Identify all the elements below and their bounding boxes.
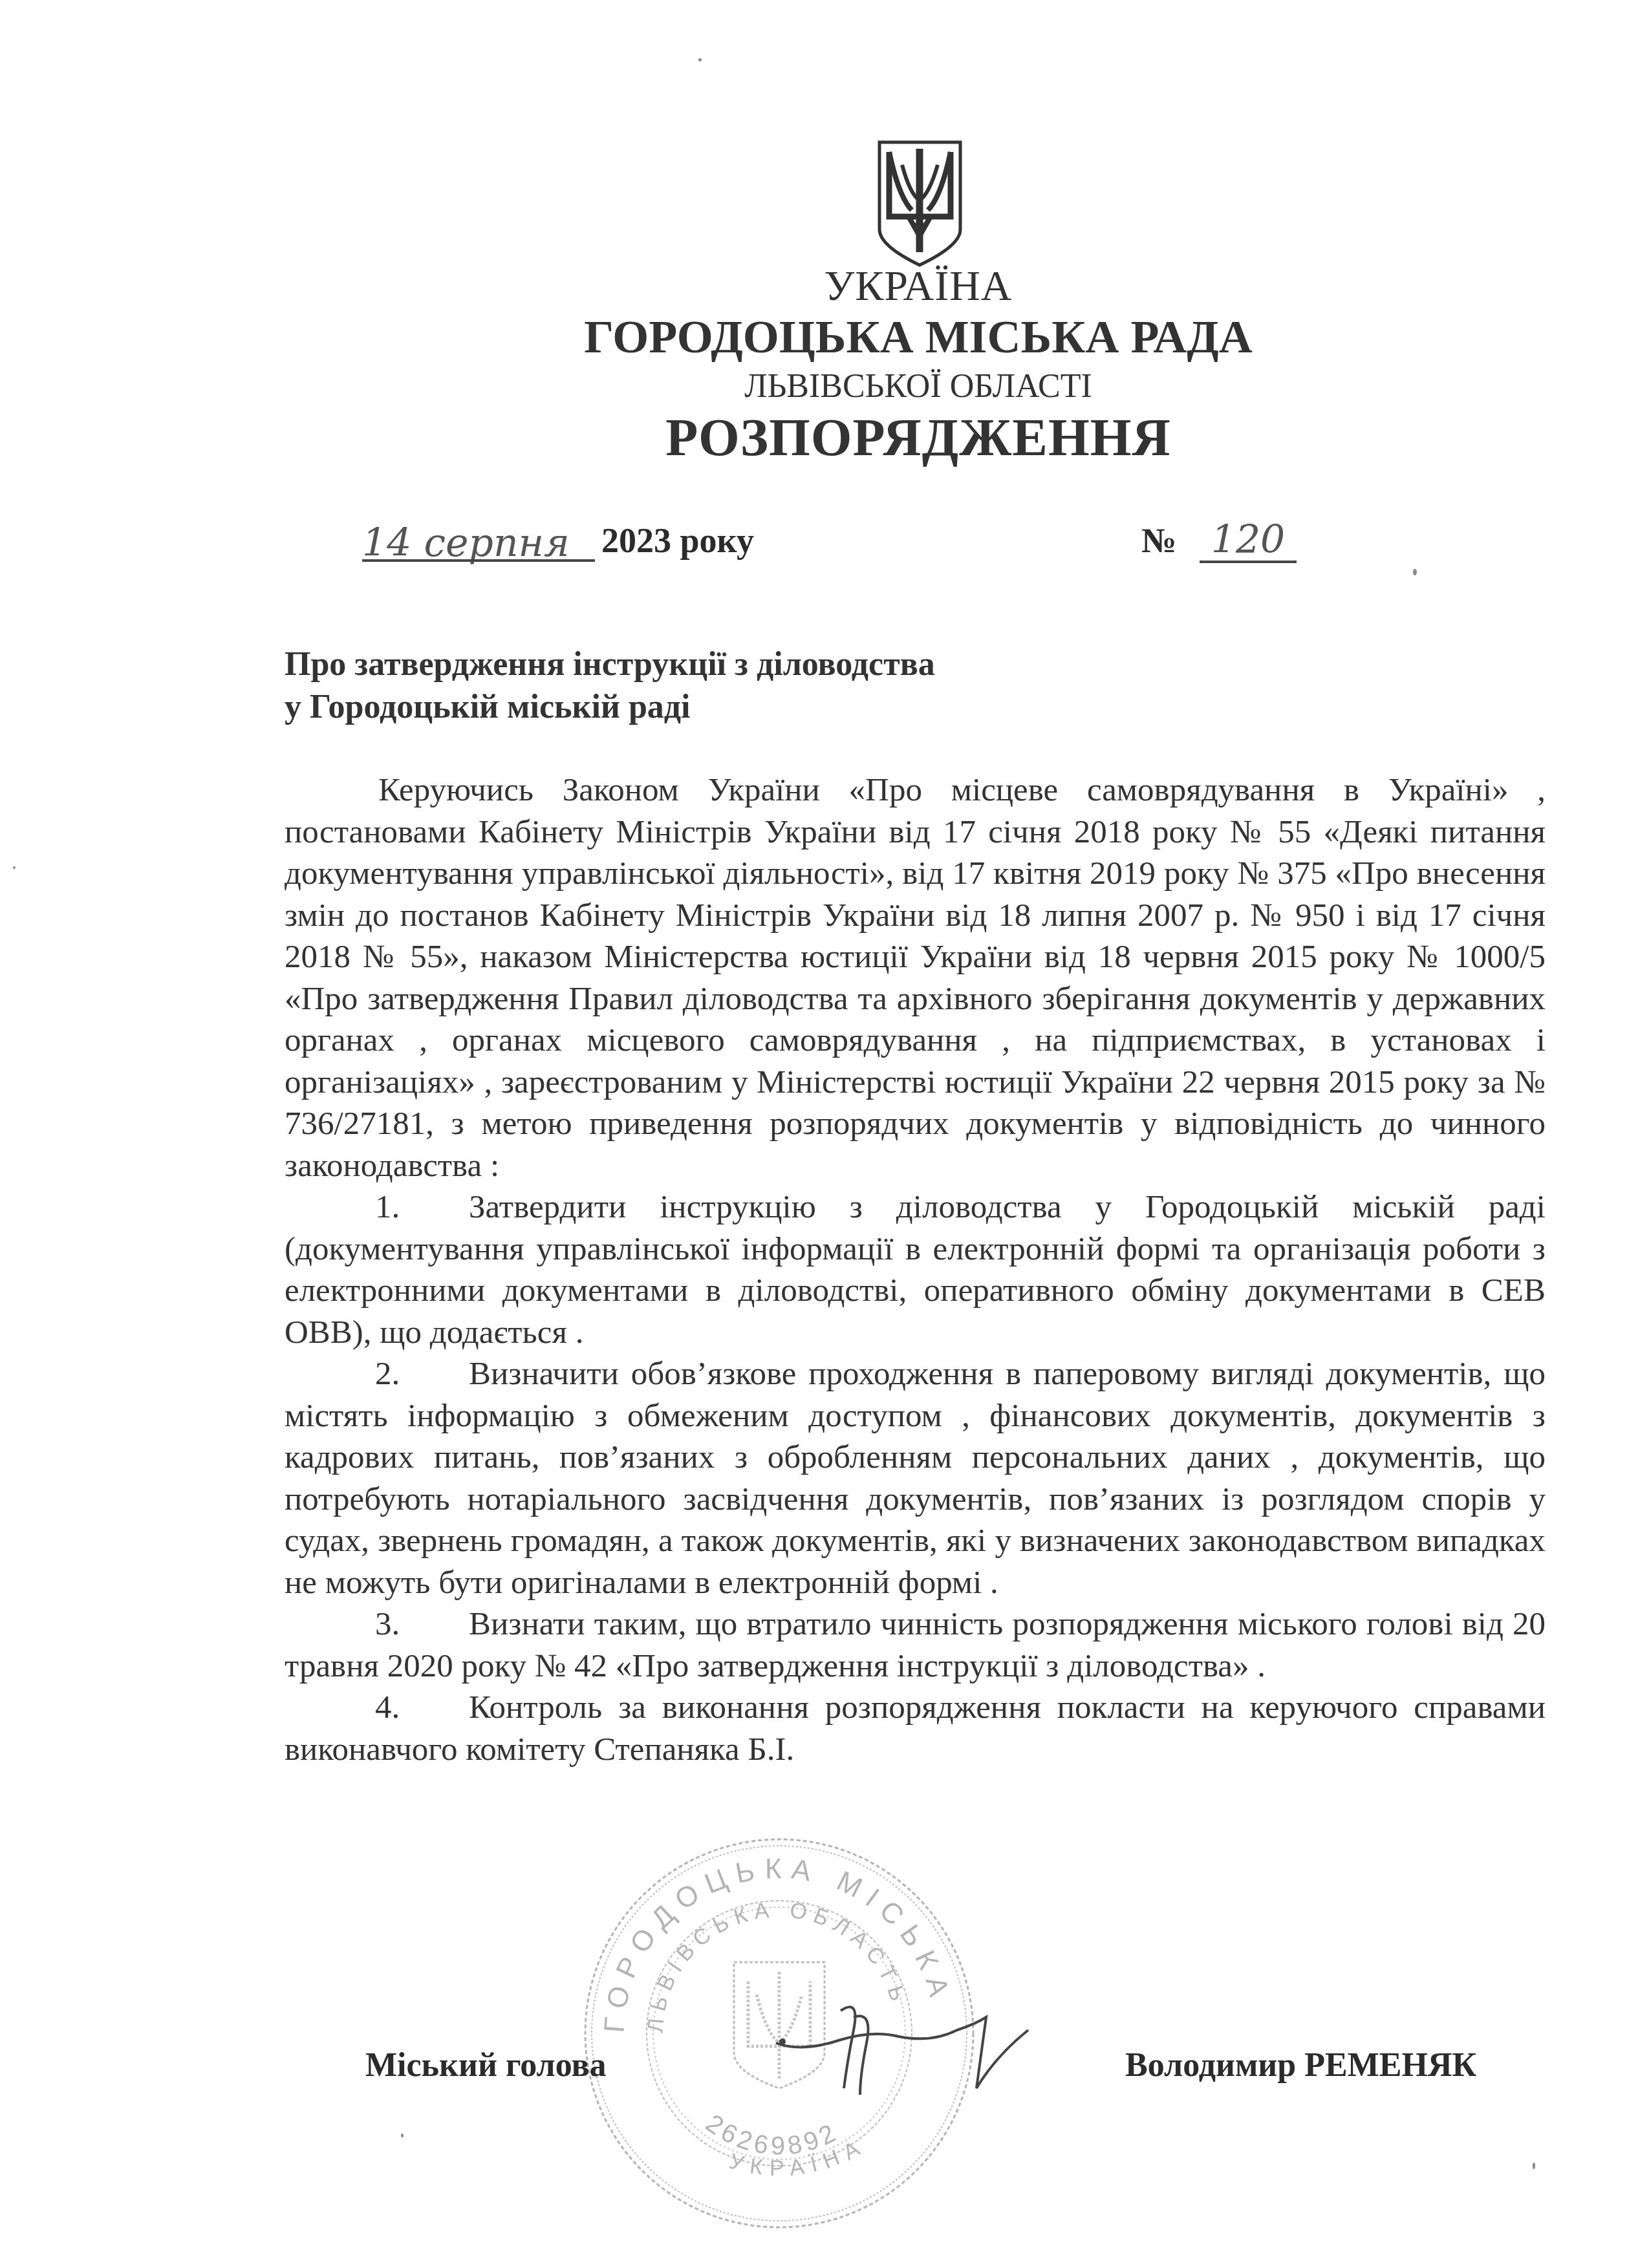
document-body: Керуючись Законом України «Про місцеве с… [285,769,1546,1770]
order-item-3: 3.Визнати таким, що втратило чинність ро… [285,1603,1546,1687]
order-item-1: 1.Затвердити інструкцію з діловодства у … [285,1186,1546,1353]
item-number: 2. [375,1353,469,1395]
item-text: Затвердити інструкцію з діловодства у Го… [285,1189,1546,1351]
region-heading: ЛЬВІВСЬКОЇ ОБЛАСТІ [647,367,1190,405]
scan-speck [13,866,16,869]
signatory-name: Володимир РЕМЕНЯК [1125,2046,1476,2084]
document-year: 2023 року [601,520,754,561]
item-text: Контроль за виконання розпорядження покл… [285,1689,1546,1768]
number-underline [1200,561,1297,563]
council-heading: ГОРОДОЦЬКА МІСЬКА РАДА [550,310,1287,364]
country-heading: УКРАЇНА [647,262,1190,311]
preamble-paragraph: Керуючись Законом України «Про місцеве с… [285,769,1546,1186]
item-number: 1. [375,1186,469,1228]
handwritten-number: 120 [1200,517,1297,562]
order-item-4: 4.Контроль за виконання розпорядження по… [285,1687,1546,1770]
signatory-title: Міський голова [365,2046,607,2084]
number-sign: № [1141,520,1176,561]
date-underline [362,559,595,562]
handwritten-signature [763,1991,1035,2101]
scan-speck [1413,569,1417,575]
trident-coat-of-arms-icon [876,139,964,268]
scan-speck [401,2134,404,2137]
item-number: 3. [375,1603,469,1645]
scan-speck [698,58,702,61]
item-text: Визнати таким, що втратило чинність розп… [285,1606,1546,1684]
item-number: 4. [375,1687,469,1729]
document-subject: Про затвердження інструкції з діловодств… [285,643,935,729]
subject-line-2: у Городоцькій міській раді [285,686,935,729]
document-type-heading: РОЗПОРЯДЖЕННЯ [582,407,1255,468]
order-item-2: 2.Визначити обов’язкове проходження в па… [285,1353,1546,1603]
scan-speck [1533,2163,1535,2169]
item-text: Визначити обов’язкове проходження в папе… [285,1356,1546,1601]
subject-line-1: Про затвердження інструкції з діловодств… [285,643,935,686]
